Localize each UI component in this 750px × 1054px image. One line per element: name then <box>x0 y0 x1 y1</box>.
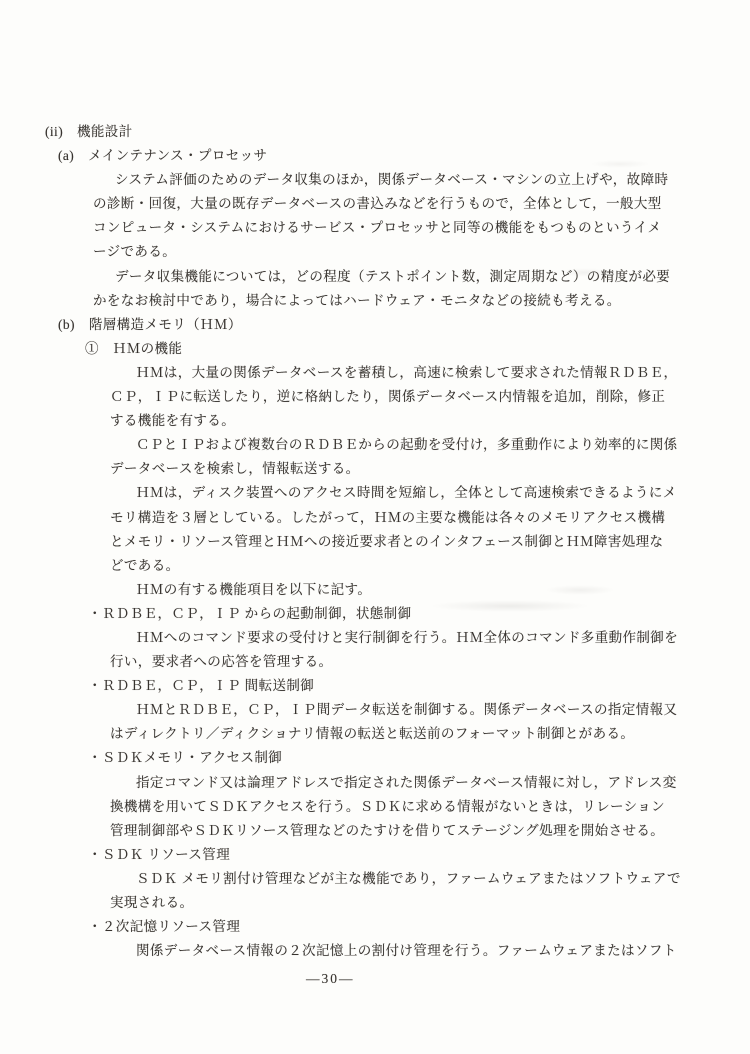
text-line: 指定コマンド又は論理アドレスで指定された関係データベース情報に対し，アドレス変 <box>136 771 750 795</box>
text-line: はディレクトリ／ディクショナリ情報の転送と転送前のフォーマット制御とがある。 <box>110 722 750 746</box>
bullet-item: ・２次記憶リソース管理 <box>88 915 750 939</box>
bullet-item: ・ＲＤＢＥ，ＣＰ，ＩＰ 間転送制御 <box>88 674 750 698</box>
text-line: ＨＭは，ディスク装置へのアクセス時間を短縮し，全体として高速検索できるようにメ <box>136 481 750 505</box>
text-line: 管理制御部やＳＤＫリソース管理などのたすけを借りてステージング処理を開始させる。 <box>110 819 750 843</box>
text-lines: (ii) 機能設計(a) メインテナンス・プロセッサシステム評価のためのデータ収… <box>0 120 750 963</box>
text-line: ＨＭは，大量の関係データベースを蓄積し，高速に検索して要求された情報ＲＤＢＥ， <box>136 361 750 385</box>
section-heading: (ii) 機能設計 <box>45 120 750 144</box>
text-line: ＳＤＫ メモリ割付け管理などが主な機能であり，ファームウェアまたはソフトウェアで <box>136 867 750 891</box>
text-line: ＨＭとＲＤＢＥ，ＣＰ，ＩＰ間データ転送を制御する。関係データベースの指定情報又 <box>136 698 750 722</box>
text-line: 実現される。 <box>110 891 750 915</box>
subsection-heading: (b) 階層構造メモリ（ＨＭ） <box>58 313 750 337</box>
text-line: ＣＰとＩＰおよび複数台のＲＤＢＥからの起動を受付け，多重動作により効率的に関係 <box>136 433 750 457</box>
text-line: 関係データベース情報の２次記憶上の割付け管理を行う。ファームウェアまたはソフト <box>136 939 750 963</box>
bullet-item: ・ＲＤＢＥ，ＣＰ，ＩＰ からの起動制御，状態制御 <box>88 602 750 626</box>
text-line: どである。 <box>110 554 750 578</box>
page-number: —30— <box>306 970 355 988</box>
text-line: コンピュータ・システムにおけるサービス・プロセッサと同等の機能をもつものというイ… <box>93 216 750 240</box>
text-line: とメモリ・リソース管理とＨＭへの接近要求者とのインタフェース制御とＨＭ障害処理な <box>110 530 750 554</box>
document-page: (ii) 機能設計(a) メインテナンス・プロセッサシステム評価のためのデータ収… <box>0 0 750 1054</box>
text-line: データベースを検索し，情報転送する。 <box>110 457 750 481</box>
text-line: ＨＭへのコマンド要求の受付けと実行制御を行う。ＨＭ全体のコマンド多重動作制御を <box>136 626 750 650</box>
text-line: システム評価のためのデータ収集のほか，関係データベース・マシンの立上げや，故障時 <box>115 168 750 192</box>
text-line: する機能を有する。 <box>110 409 750 433</box>
text-line: モリ構造を３層としている。したがって，ＨＭの主要な機能は各々のメモリアクセス機構 <box>110 506 750 530</box>
text-line: ージである。 <box>93 240 750 264</box>
bullet-item: ・ＳＤＫ リソース管理 <box>88 843 750 867</box>
text-line: の診断・回復，大量の既存データベースの書込みなどを行うもので，全体として，一般大… <box>93 192 750 216</box>
text-line: ＨＭの有する機能項目を以下に記す。 <box>136 578 750 602</box>
text-line: ＣＰ，ＩＰに転送したり，逆に格納したり，関係データベース内情報を追加，削除，修正 <box>110 385 750 409</box>
text-line: データ収集機能については，どの程度（テストポイント数，測定周期など）の精度が必要 <box>115 265 750 289</box>
numbered-heading: ① ＨＭの機能 <box>85 337 750 361</box>
text-line: かをなお検討中であり，場合によってはハードウェア・モニタなどの接続も考える。 <box>93 289 750 313</box>
text-line: 行い，要求者への応答を管理する。 <box>110 650 750 674</box>
bullet-item: ・ＳＤＫメモリ・アクセス制御 <box>88 746 750 770</box>
text-line: 換機構を用いてＳＤＫアクセスを行う。ＳＤＫに求める情報がないときは，リレーション <box>110 795 750 819</box>
subsection-heading: (a) メインテナンス・プロセッサ <box>58 144 750 168</box>
